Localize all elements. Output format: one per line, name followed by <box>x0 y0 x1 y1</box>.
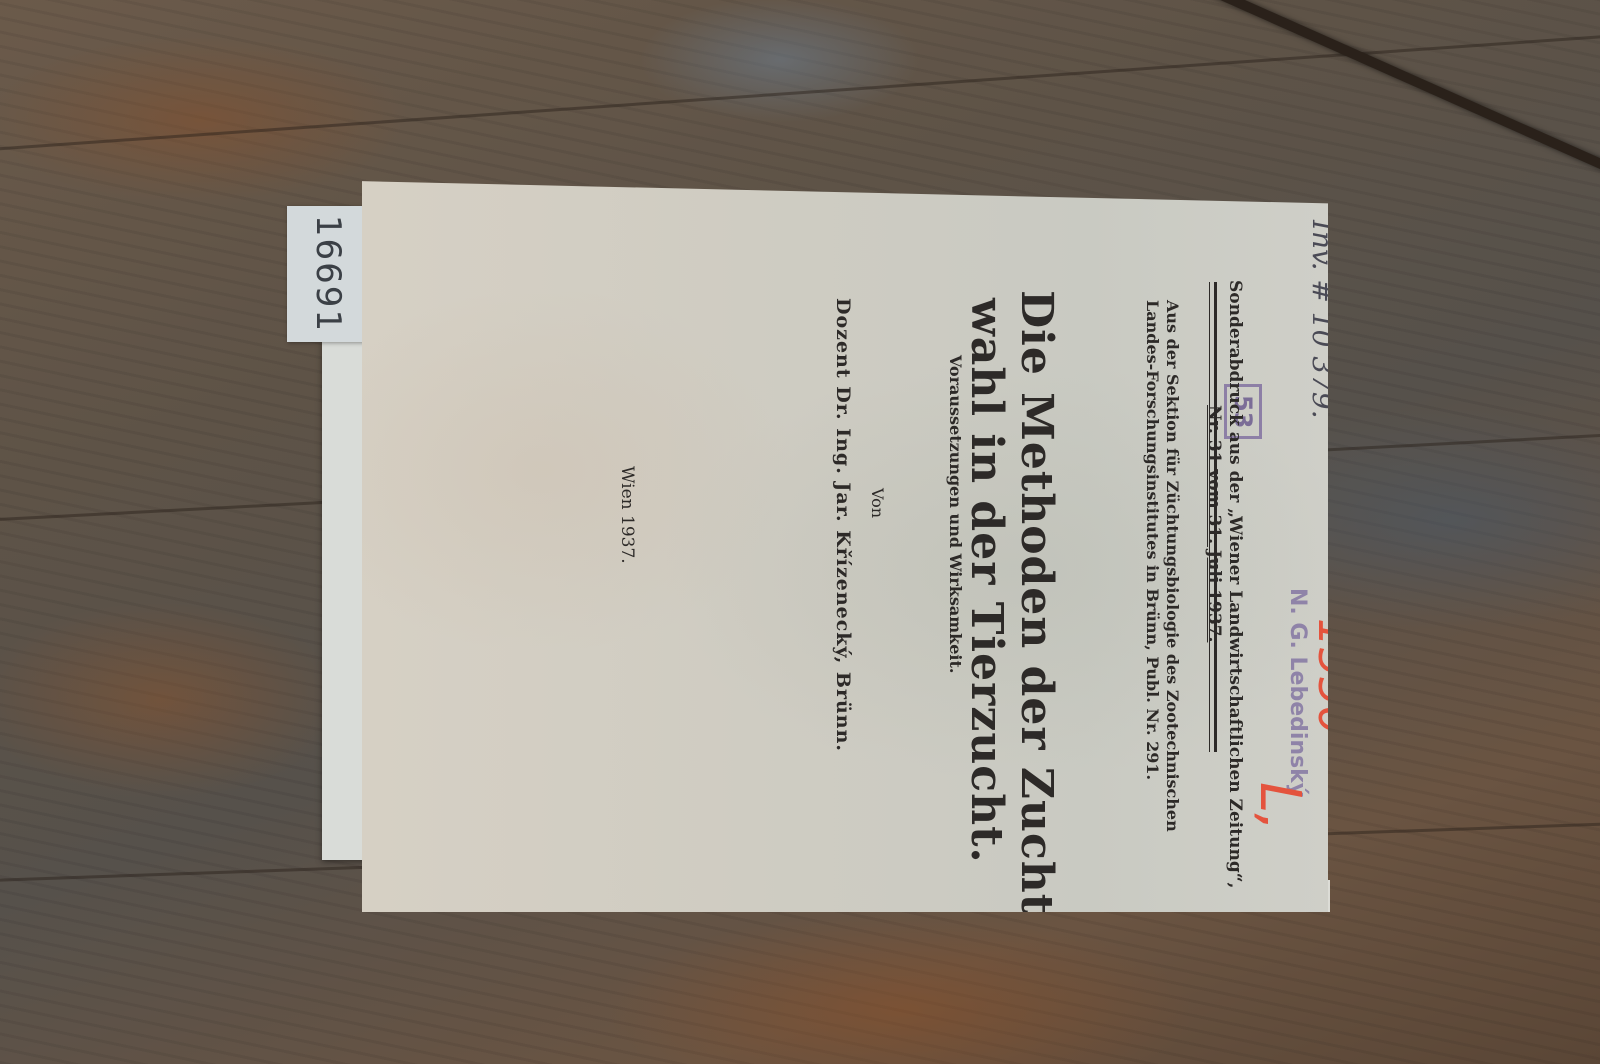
by-line: Von <box>868 488 887 518</box>
slip-number: 16691 <box>308 215 348 333</box>
title-line-2: wahl in der Tierzucht. <box>961 298 1012 864</box>
red-pencil-number: 1550 <box>1308 618 1362 735</box>
offprint-page: Inv. # 10 379. 53 N. G. Lebedinský 1550 … <box>362 170 1328 912</box>
author-line: Dozent Dr. Ing. Jar. Křízenecký, Brünn. <box>832 298 854 752</box>
section-line-1: Aus der Sektion für Züchtungsbiologie de… <box>1163 300 1182 832</box>
red-pencil-mark: L, <box>1247 782 1312 831</box>
offprint-source-line: Sonderabdruck aus der „Wiener Landwirtsc… <box>1225 280 1245 888</box>
subtitle: Voraussetzungen und Wirksamkeit. <box>946 355 965 673</box>
header-rule <box>1214 282 1217 752</box>
imprint-line: Wien 1937. <box>617 466 637 564</box>
ownership-stamp: N. G. Lebedinský <box>1285 588 1310 797</box>
plank-seam <box>0 31 1600 153</box>
catalog-slip: 16691 <box>287 206 369 342</box>
plank-gap <box>1196 0 1600 201</box>
title-line-1: Die Methoden der Zucht- <box>1011 290 1062 934</box>
handwritten-inventory-number: Inv. # 10 379. <box>1306 220 1339 419</box>
section-line-2: Landes-Forschungsinstitutes in Brünn, Pu… <box>1143 300 1162 780</box>
header-rule-thin <box>1209 282 1210 752</box>
